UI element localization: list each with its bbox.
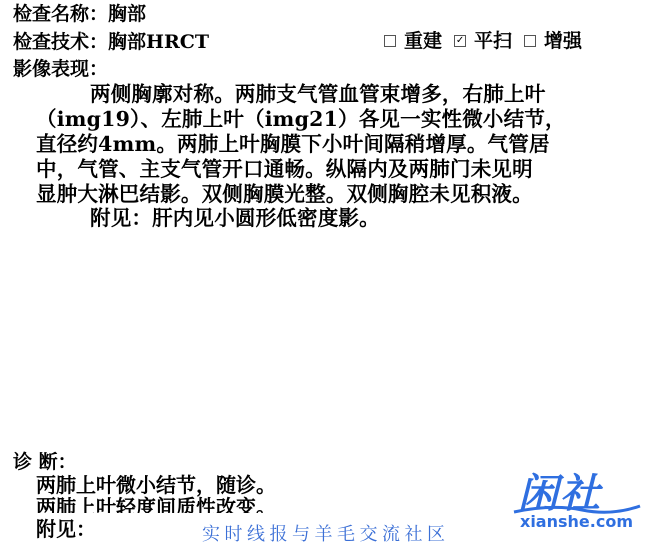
findings-line: （img19）、左肺上叶（img21）各见一实性微小结节， (36, 107, 636, 132)
diagnosis-label: 诊 断： (13, 451, 77, 473)
incidental-finding: 附见：肝内见小圆形低密度影。 (36, 207, 636, 229)
diagnosis-item: 两肺上叶微小结节，随诊。 (36, 474, 276, 496)
option-reconstruction[interactable]: 重建 (384, 30, 442, 52)
watermark-tagline: 实时线报与羊毛交流社区 (202, 520, 450, 546)
option-label: 增强 (544, 30, 582, 52)
diagnosis-item: 两肺上叶轻度间质性改变。 (36, 496, 276, 513)
findings-line: 中，气管、主支气管开口通畅。纵隔内及两肺门未见明 (36, 157, 636, 182)
exam-tech-row: 检查技术：胸部HRCT (13, 31, 209, 53)
checkbox-icon[interactable] (524, 35, 536, 47)
exam-name-row: 检查名称：胸部 (13, 3, 146, 25)
exam-tech-label: 检查技术： (13, 31, 108, 53)
logo-domain: xianshe.com (520, 512, 633, 531)
watermark-logo: 闲社 xianshe.com (512, 462, 642, 534)
findings-line: 直径约4mm。两肺上叶胸膜下小叶间隔稍增厚。气管居 (36, 132, 636, 157)
option-enhanced[interactable]: 增强 (524, 30, 582, 52)
option-label: 平扫 (474, 30, 512, 52)
diagnosis-item: 附见： (36, 518, 96, 540)
option-plain-scan[interactable]: ✓ 平扫 (454, 30, 512, 52)
option-label: 重建 (404, 30, 442, 52)
exam-name-label: 检查名称： (13, 3, 108, 25)
exam-name-value: 胸部 (108, 3, 146, 25)
checkbox-icon[interactable] (384, 35, 396, 47)
findings-text: 两侧胸廓对称。两肺支气管血管束增多，右肺上叶 （img19）、左肺上叶（img2… (36, 82, 636, 229)
findings-line: 显肿大淋巴结影。双侧胸膜光整。双侧胸腔未见积液。 (36, 182, 636, 207)
findings-line: 两侧胸廓对称。两肺支气管血管束增多，右肺上叶 (36, 82, 636, 107)
exam-tech-value: 胸部HRCT (108, 31, 209, 53)
checkbox-checked-icon[interactable]: ✓ (454, 35, 466, 47)
diagnosis-item-clipped: 两肺上叶轻度间质性改变。 (36, 496, 276, 513)
scan-options: 重建 ✓ 平扫 增强 (384, 30, 594, 52)
findings-label: 影像表现： (13, 58, 108, 80)
